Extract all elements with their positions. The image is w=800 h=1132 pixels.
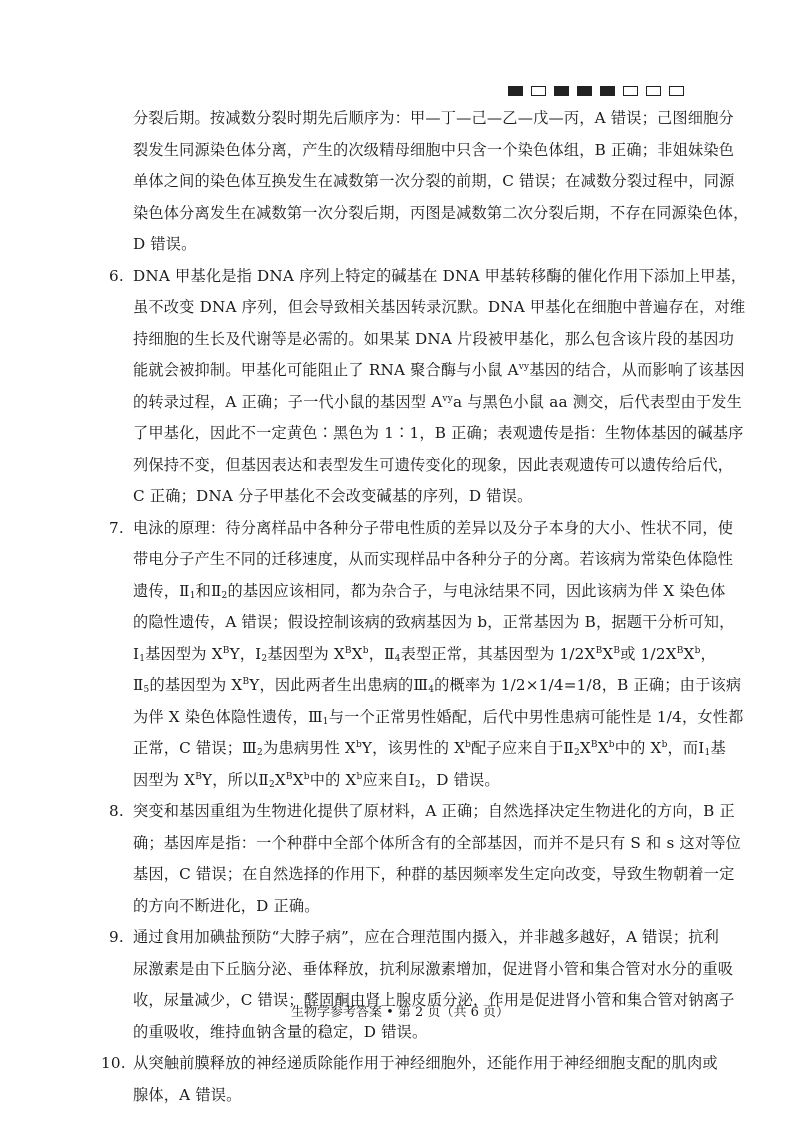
item-10-line: 腺体，A 错误。 (133, 1085, 242, 1105)
item-6-line: 能就会被抑制。甲基化可能阻止了 RNA 聚合酶与小鼠 Avy基因的结合，从而影响… (133, 360, 745, 380)
item-8-line: 突变和基因重组为生物进化提供了原材料，A 正确；自然选择决定生物进化的方向，B … (133, 801, 735, 821)
page-footer: 生物学参考答案 • 第 2 页（共 6 页） (0, 1001, 800, 1020)
intro-line: 裂发生同源染色体分离，产生的次级精母细胞中只含一个染色体组，B 正确；非姐妹染色 (133, 140, 734, 160)
page-mark-7 (646, 86, 661, 96)
item-9-line: 尿激素是由下丘脑分泌、垂体释放，抗利尿激素增加，促进肾小管和集合管对水分的重吸 (133, 959, 733, 979)
item-7-line: 的隐性遗传，A 错误；假设控制该病的致病基因为 b，正常基因为 B，据题干分析可… (133, 612, 734, 632)
item-7-line: 为伴 X 染色体隐性遗传，Ⅲ1与一个正常男性婚配，后代中男性患病可能性是 1/4… (133, 707, 744, 727)
item-number: 7. (109, 518, 124, 538)
item-6-line: 持细胞的生长及代谢等是必需的。如果某 DNA 片段被甲基化，那么包含该片段的基因… (133, 329, 734, 349)
page-mark-2 (531, 86, 546, 96)
item-7-line: Ⅰ1基因型为 XBY，Ⅰ2基因型为 XBXb，Ⅱ4表型正常，其基因型为 1/2X… (133, 644, 716, 664)
item-9-line: 的重吸收，维持血钠含量的稳定，D 错误。 (133, 1022, 427, 1042)
item-6-line: 虽不改变 DNA 序列，但会导致相关基因转录沉默。DNA 甲基化在细胞中普遍存在… (133, 297, 745, 317)
page-mark-1 (508, 86, 523, 96)
item-8-line: 确；基因库是指：一个种群中全部个体所含有的全部基因，而并不是只有 S 和 s 这… (133, 833, 741, 853)
item-7-line: 遗传，Ⅱ1和Ⅱ2的基因应该相同，都为杂合子，与电泳结果不同，因此该病为伴 X 染… (133, 581, 726, 601)
intro-line: 分裂后期。按减数分裂时期先后顺序为：甲—丁—己—乙—戊—丙，A 错误；己图细胞分 (133, 108, 734, 128)
intro-line: 染色体分离发生在减数第一次分裂后期，丙图是减数第二次分裂后期，不存在同源染色体， (133, 203, 749, 223)
item-10-line: 从突触前膜释放的神经递质除能作用于神经细胞外，还能作用于神经细胞支配的肌肉或 (133, 1053, 718, 1073)
item-number: 10. (101, 1053, 126, 1073)
item-6-line: C 正确；DNA 分子甲基化不会改变碱基的序列，D 错误。 (133, 486, 532, 506)
item-7-line: Ⅱ5的基因型为 XBY，因此两者生出患病的Ⅲ4的概率为 1/2×1/4=1/8，… (133, 675, 741, 695)
page-mark-5 (600, 86, 615, 96)
intro-line: D 错误。 (133, 234, 197, 254)
page-mark-3 (554, 86, 569, 96)
item-6-line: 列保持不变，但基因表达和表型发生可遗传变化的现象，因此表观遗传可以遗传给后代， (133, 455, 733, 475)
item-6-line: 了甲基化，因此不一定黄色∶黑色为 1∶1，B 正确；表观遗传是指：生物体基因的碱… (133, 423, 743, 443)
item-number: 8. (109, 801, 124, 821)
page-mark-8 (669, 86, 684, 96)
item-7-line: 正常，C 错误；Ⅲ2为患病男性 XbY，该男性的 Xb配子应来自于Ⅱ2XBXb中… (133, 738, 726, 758)
item-number: 9. (109, 927, 124, 947)
intro-line: 单体之间的染色体互换发生在减数第一次分裂的前期，C 错误；在减数分裂过程中，同源 (133, 171, 735, 191)
item-6-line: DNA 甲基化是指 DNA 序列上特定的碱基在 DNA 甲基转移酶的催化作用下添… (133, 266, 746, 286)
page-marks (508, 86, 684, 96)
item-7-line: 因型为 XBY，所以Ⅱ2XBXb中的 Xb应来自Ⅰ2，D 错误。 (133, 770, 500, 790)
page-mark-4 (577, 86, 592, 96)
item-7-line: 带电分子产生不同的迁移速度，从而实现样品中各种分子的分离。若该病为常染色体隐性 (133, 549, 733, 569)
item-9-line: 通过食用加碘盐预防“大脖子病”，应在合理范围内摄入，并非越多越好，A 错误；抗利 (133, 927, 719, 947)
item-8-line: 的方向不断进化，D 正确。 (133, 896, 320, 916)
item-7-line: 电泳的原理：待分离样品中各种分子带电性质的差异以及分子本身的大小、性状不同，使 (133, 518, 733, 538)
item-8-line: 基因，C 错误；在自然选择的作用下，种群的基因频率发生定向改变，导致生物朝着一定 (133, 864, 735, 884)
page-mark-6 (623, 86, 638, 96)
item-number: 6. (109, 266, 124, 286)
item-6-line: 的转录过程，A 正确；子一代小鼠的基因型 Avya 与黑色小鼠 aa 测交，后代… (133, 392, 742, 412)
